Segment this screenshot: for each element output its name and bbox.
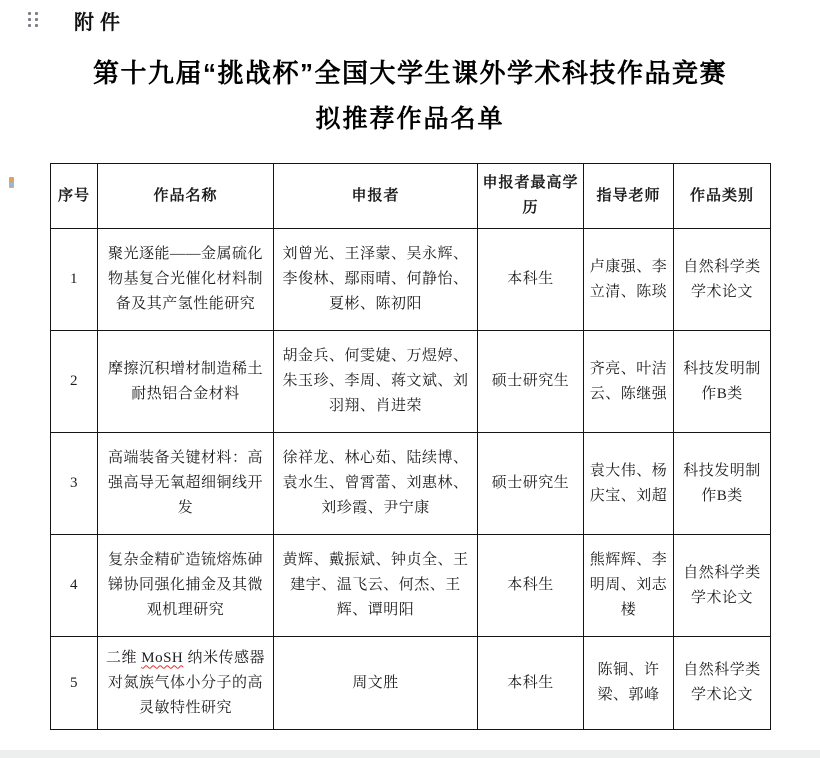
table-row: 4 复杂金精矿造锍熔炼砷锑协同强化捕金及其微观机理研究 黄辉、戴振斌、钟贞全、王… xyxy=(51,535,771,637)
header-work-name: 作品名称 xyxy=(98,164,274,229)
drag-handle-dot xyxy=(28,18,31,21)
cell-applicants: 黄辉、戴振斌、钟贞全、王建宇、温飞云、何杰、王辉、谭明阳 xyxy=(274,535,478,637)
drag-handle-dot xyxy=(35,24,38,27)
cell-no: 2 xyxy=(51,331,98,433)
cell-work-name: 摩擦沉积增材制造稀土耐热铝合金材料 xyxy=(98,331,274,433)
table-row: 3 高端装备关键材料：高强高导无氧超细铜线开发 徐祥龙、林心茹、陆续博、袁水生、… xyxy=(51,433,771,535)
cell-degree: 硕士研究生 xyxy=(478,331,584,433)
cell-degree: 本科生 xyxy=(478,637,584,730)
header-no: 序号 xyxy=(51,164,98,229)
cell-category: 自然科学类学术论文 xyxy=(674,535,771,637)
cell-work-name: 聚光逐能——金属硫化物基复合光催化材料制备及其产氢性能研究 xyxy=(98,229,274,331)
cell-no: 1 xyxy=(51,229,98,331)
title-line-1: 第十九届“挑战杯”全国大学生课外学术科技作品竞赛 xyxy=(0,56,820,90)
document-title: 第十九届“挑战杯”全国大学生课外学术科技作品竞赛 拟推荐作品名单 xyxy=(0,56,820,136)
table-row: 1 聚光逐能——金属硫化物基复合光催化材料制备及其产氢性能研究 刘曾光、王泽蒙、… xyxy=(51,229,771,331)
margin-artifact-icon xyxy=(9,177,14,188)
cell-work-name: 复杂金精矿造锍熔炼砷锑协同强化捕金及其微观机理研究 xyxy=(98,535,274,637)
drag-handle-dot xyxy=(35,18,38,21)
cell-work-name: 二维 MoSH 纳米传感器对氮族气体小分子的高灵敏特性研究 xyxy=(98,637,274,730)
drag-handle-dot xyxy=(28,12,31,15)
drag-handle-icon[interactable] xyxy=(28,12,38,27)
cell-degree: 硕士研究生 xyxy=(478,433,584,535)
header-category: 作品类别 xyxy=(674,164,771,229)
recommended-works-table: 序号 作品名称 申报者 申报者最高学历 指导老师 作品类别 1 聚光逐能——金属… xyxy=(50,163,771,730)
cell-degree: 本科生 xyxy=(478,229,584,331)
table-row: 2 摩擦沉积增材制造稀土耐热铝合金材料 胡金兵、何雯婕、万煜婷、朱玉珍、李周、蒋… xyxy=(51,331,771,433)
cell-applicants: 周文胜 xyxy=(274,637,478,730)
drag-handle-dot xyxy=(35,12,38,15)
cell-work-name: 高端装备关键材料：高强高导无氧超细铜线开发 xyxy=(98,433,274,535)
cell-no: 4 xyxy=(51,535,98,637)
cell-applicants: 徐祥龙、林心茹、陆续博、袁水生、曾霄蕾、刘惠林、刘珍霞、尹宁康 xyxy=(274,433,478,535)
cell-category: 科技发明制作B类 xyxy=(674,331,771,433)
cell-advisors: 陈铜、许梁、郭峰 xyxy=(584,637,674,730)
cell-advisors: 齐亮、叶洁云、陈继强 xyxy=(584,331,674,433)
cell-degree: 本科生 xyxy=(478,535,584,637)
cell-applicants: 胡金兵、何雯婕、万煜婷、朱玉珍、李周、蒋文斌、刘羽翔、肖进荣 xyxy=(274,331,478,433)
cell-applicants: 刘曾光、王泽蒙、吴永辉、李俊林、鄢雨晴、何静怡、夏彬、陈初阳 xyxy=(274,229,478,331)
title-line-2: 拟推荐作品名单 xyxy=(0,102,820,136)
document-page: { "page": { "attachment_label": "附件", "t… xyxy=(0,0,820,758)
work-name-pre: 二维 xyxy=(106,650,141,666)
cell-no: 5 xyxy=(51,637,98,730)
cell-category: 自然科学类学术论文 xyxy=(674,229,771,331)
page-bottom-edge xyxy=(0,750,820,758)
table-row: 5 二维 MoSH 纳米传感器对氮族气体小分子的高灵敏特性研究 周文胜 本科生 … xyxy=(51,637,771,730)
drag-handle-dot xyxy=(28,24,31,27)
table-header-row: 序号 作品名称 申报者 申报者最高学历 指导老师 作品类别 xyxy=(51,164,771,229)
header-applicants: 申报者 xyxy=(274,164,478,229)
cell-advisors: 袁大伟、杨庆宝、刘超 xyxy=(584,433,674,535)
cell-advisors: 卢康强、李立清、陈琰 xyxy=(584,229,674,331)
cell-no: 3 xyxy=(51,433,98,535)
work-name-spellcheck-term: MoSH xyxy=(141,650,183,666)
cell-advisors: 熊辉辉、李明周、刘志楼 xyxy=(584,535,674,637)
header-advisors: 指导老师 xyxy=(584,164,674,229)
header-degree: 申报者最高学历 xyxy=(478,164,584,229)
cell-category: 自然科学类学术论文 xyxy=(674,637,771,730)
cell-category: 科技发明制作B类 xyxy=(674,433,771,535)
attachment-label: 附件 xyxy=(74,6,126,35)
